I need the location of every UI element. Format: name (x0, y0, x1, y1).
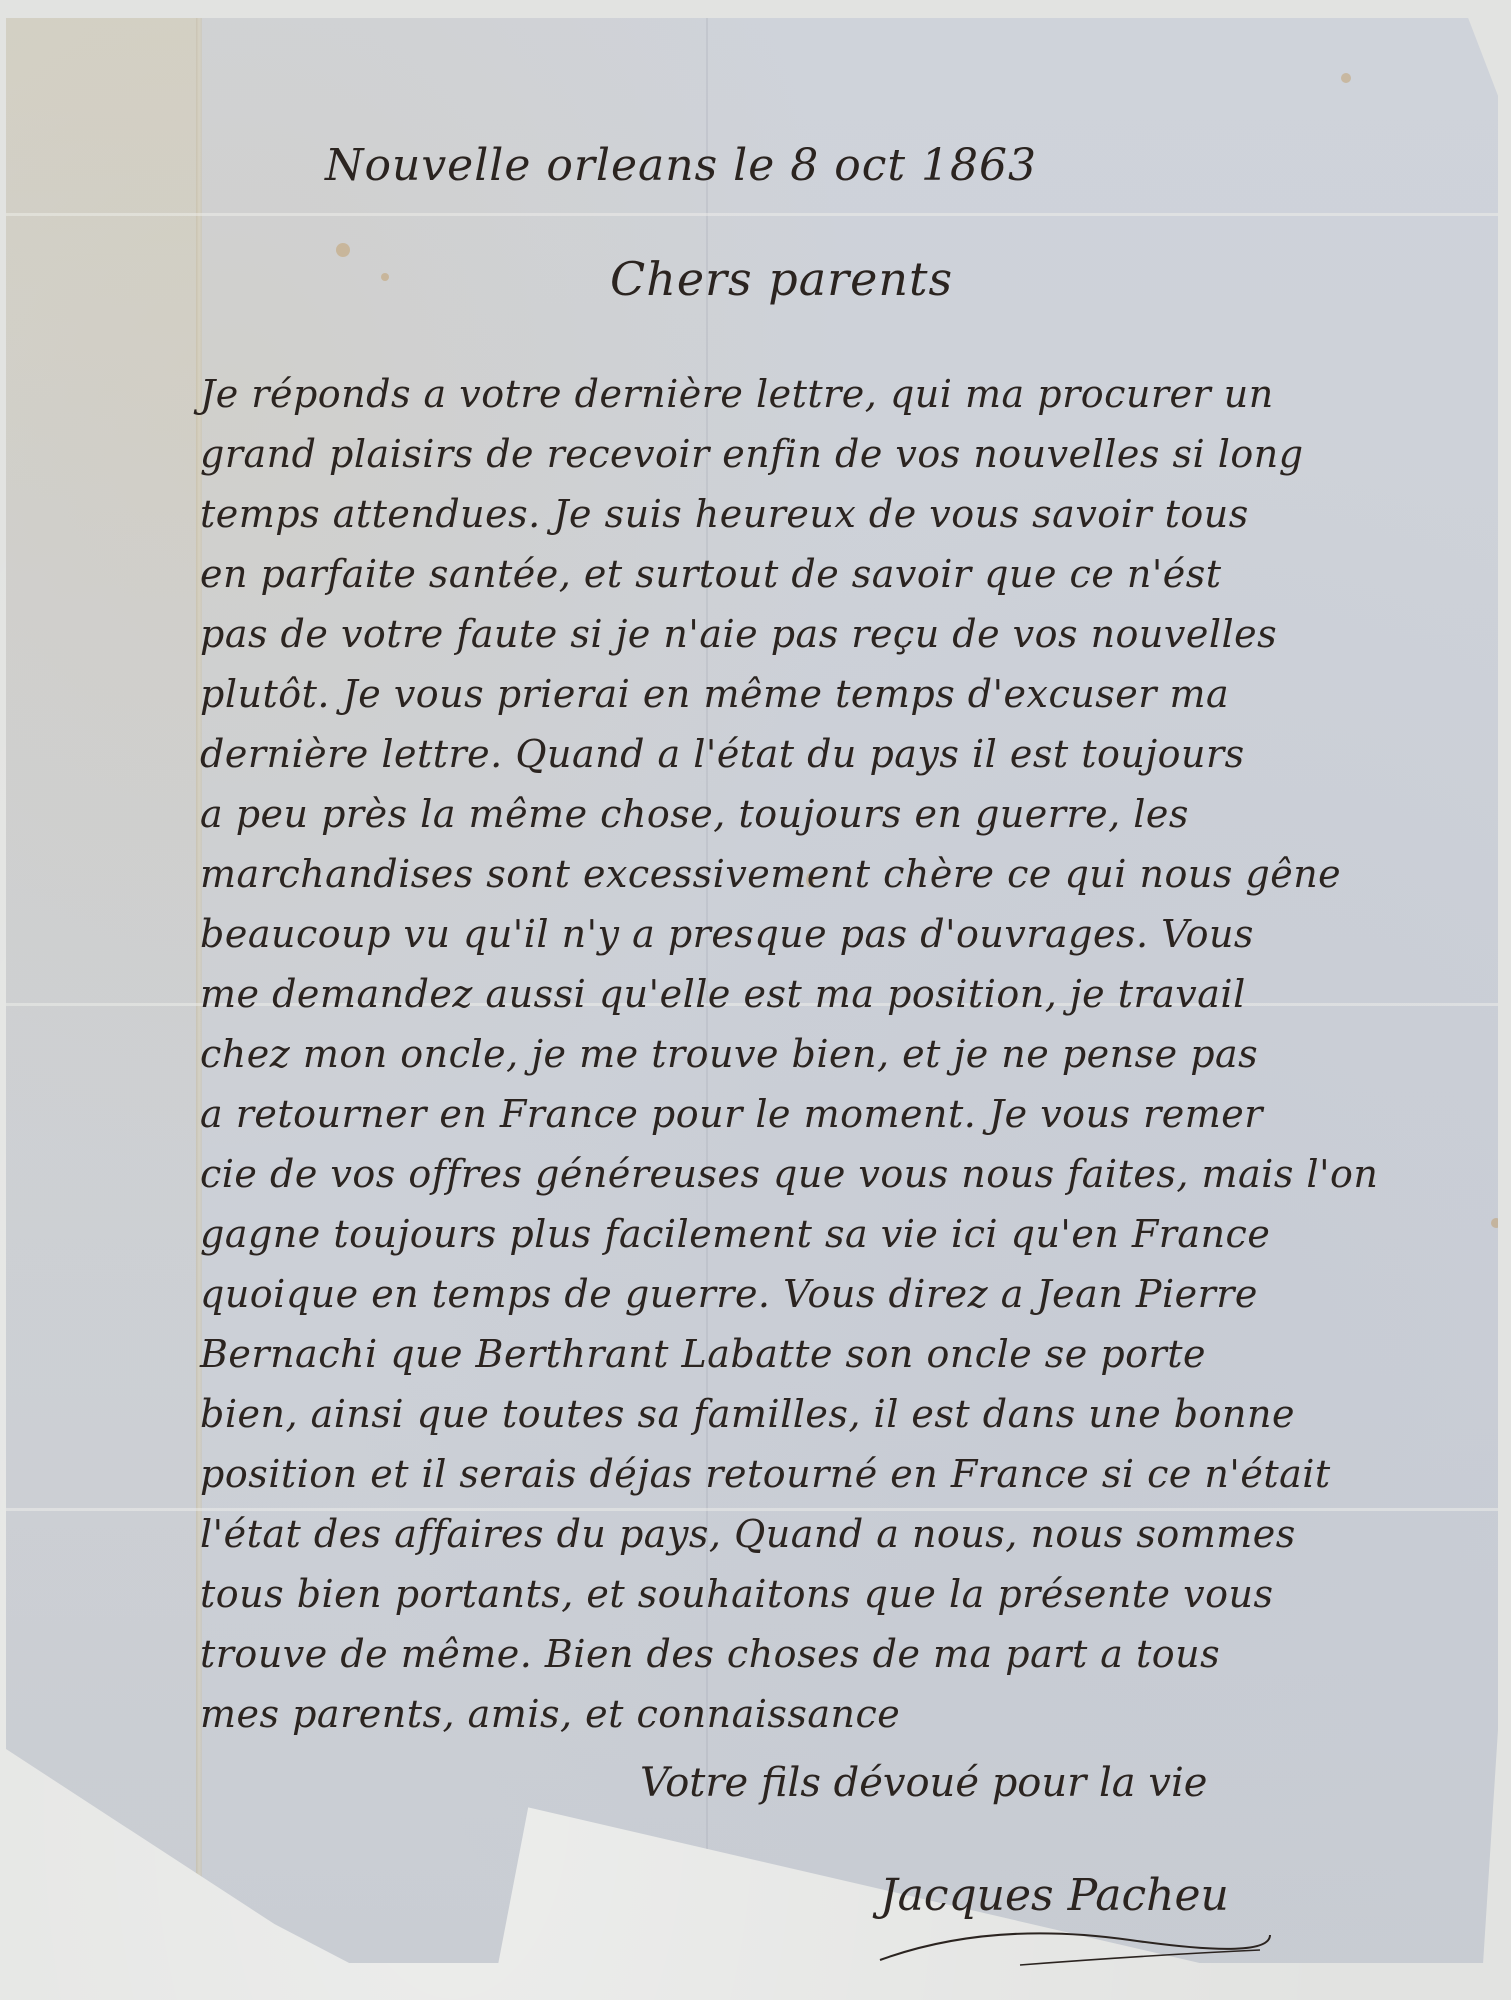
closing-line: Votre fils dévoué pour la vie (640, 1760, 1207, 1806)
body-line: a retourner en France pour le moment. Je… (200, 1092, 1470, 1136)
body-line: mes parents, amis, et connaissance (200, 1692, 1470, 1736)
body-line: plutôt. Je vous prierai en même temps d'… (200, 672, 1470, 716)
body-line: cie de vos offres généreuses que vous no… (200, 1152, 1470, 1196)
body-line: chez mon oncle, je me trouve bien, et je… (200, 1032, 1470, 1076)
body-line: Je réponds a votre dernière lettre, qui … (200, 372, 1470, 416)
body-line: beaucoup vu qu'il n'y a presque pas d'ou… (200, 912, 1470, 956)
body-line: marchandises sont excessivement chère ce… (200, 852, 1470, 896)
body-line: quoique en temps de guerre. Vous direz a… (200, 1272, 1470, 1316)
signature-flourish-icon (870, 1880, 1290, 1970)
body-line: Bernachi que Berthrant Labatte son oncle… (200, 1332, 1470, 1376)
salutation: Chers parents (610, 252, 953, 306)
place-date-line: Nouvelle orleans le 8 oct 1863 (325, 140, 1037, 191)
body-line: dernière lettre. Quand a l'état du pays … (200, 732, 1470, 776)
body-line: l'état des affaires du pays, Quand a nou… (200, 1512, 1470, 1556)
body-line: temps attendues. Je suis heureux de vous… (200, 492, 1470, 536)
body-line: me demandez aussi qu'elle est ma positio… (200, 972, 1470, 1016)
body-line: en parfaite santée, et surtout de savoir… (200, 552, 1470, 596)
body-line: bien, ainsi que toutes sa familles, il e… (200, 1392, 1470, 1436)
body-line: tous bien portants, et souhaitons que la… (200, 1572, 1470, 1616)
body-line: position et il serais déjas retourné en … (200, 1452, 1470, 1496)
body-line: trouve de même. Bien des choses de ma pa… (200, 1632, 1470, 1676)
body-line: a peu près la même chose, toujours en gu… (200, 792, 1470, 836)
body-line: pas de votre faute si je n'aie pas reçu … (200, 612, 1470, 656)
letter-content: Nouvelle orleans le 8 oct 1863 Chers par… (0, 0, 1511, 2000)
body-line: grand plaisirs de recevoir enfin de vos … (200, 432, 1470, 476)
body-line: gagne toujours plus facilement sa vie ic… (200, 1212, 1470, 1256)
